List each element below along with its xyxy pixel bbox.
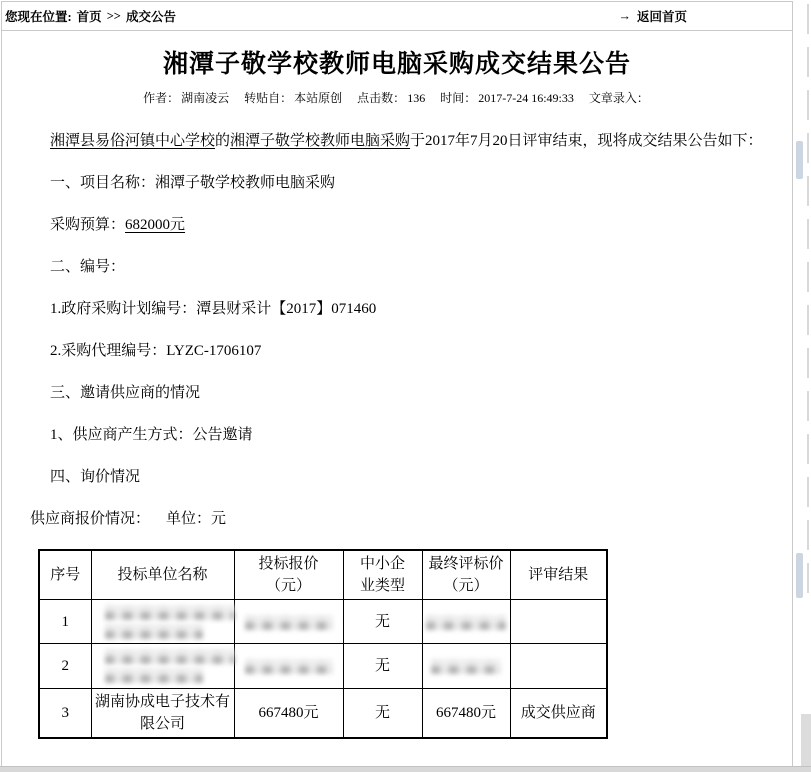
cell-sme-type: 无: [343, 644, 422, 689]
redacted-blur: [245, 659, 333, 674]
source-value: 本站原创: [294, 91, 342, 105]
cell-seq: 3: [39, 689, 91, 739]
section-numbers-heading: 二、编号：: [12, 252, 778, 282]
cell-bidder-name-redacted: [91, 600, 234, 644]
return-home-link[interactable]: → 返回首页: [618, 7, 687, 25]
author-label: 作者：: [143, 91, 179, 105]
table-row: 2 无: [39, 644, 607, 689]
scrollbar-corner: [801, 714, 811, 766]
cell-seq: 2: [39, 644, 91, 689]
intro-rest: 于2017年7月20日评审结束，现将成交结果公告如下：: [410, 133, 763, 149]
table-row: 3 湖南协成电子技术有限公司 667480元 无 667480元 成交供应商: [39, 689, 607, 739]
cell-sme-type: 无: [343, 689, 422, 739]
col-header-bidder-name: 投标单位名称: [91, 550, 234, 600]
intro-mid: 的: [215, 133, 230, 149]
cell-bid-price-redacted: [234, 644, 343, 689]
scrollbar-thumb[interactable]: [796, 141, 803, 179]
section-budget: 采购预算：682000元: [12, 210, 778, 240]
article-body: 湘潭县易俗河镇中心学校的湘潭子敬学校教师电脑采购于2017年7月20日评审结束，…: [2, 126, 792, 739]
redacted-blur: [95, 605, 231, 639]
quote-caption: 供应商报价情况：单位：元: [12, 504, 778, 534]
arrow-right-icon: →: [618, 9, 631, 24]
budget-label: 采购预算：: [50, 217, 125, 233]
col-header-sme-type: 中小企 业类型: [343, 550, 422, 600]
source-label: 转贴自：: [244, 91, 292, 105]
breadcrumb: 您现在位置: 首页 >> 成交公告: [5, 7, 618, 25]
return-home-label: 返回首页: [637, 7, 687, 25]
cell-review-result: [510, 600, 607, 644]
buyer-name: 湘潭县易俗河镇中心学校: [50, 133, 215, 149]
cell-final-price-redacted: [422, 600, 510, 644]
article-meta: 作者：湖南凌云 转贴自：本站原创 点击数：136 时间：2017-7-24 16…: [2, 89, 792, 106]
col-header-review-result: 评审结果: [510, 550, 607, 600]
breadcrumb-separator: >>: [107, 9, 121, 24]
redacted-blur: [95, 649, 231, 683]
bid-price-table: 序号 投标单位名称 投标报价 （元） 中小企 业类型 最终评标价 （元） 评审结…: [38, 549, 608, 739]
col-header-bid-price: 投标报价 （元）: [234, 550, 343, 600]
bottom-border: [0, 766, 811, 772]
clicks-value: 136: [407, 91, 425, 105]
editor-label: 文章录入：: [589, 91, 649, 105]
time-value: 2017-7-24 16:49:33: [478, 91, 574, 105]
breadcrumb-home-link[interactable]: 首页: [77, 7, 102, 25]
section-plan-number: 1.政府采购计划编号：潭县财采计【2017】071460: [12, 294, 778, 324]
cell-final-price: 667480元: [422, 689, 510, 739]
section-agency-number: 2.采购代理编号：LYZC-1706107: [12, 336, 778, 366]
scrollbar-thumb[interactable]: [796, 553, 803, 598]
project-name-underlined: 湘潭子敬学校教师电脑采购: [230, 133, 410, 149]
intro-paragraph: 湘潭县易俗河镇中心学校的湘潭子敬学校教师电脑采购于2017年7月20日评审结束，…: [12, 126, 778, 156]
page-title: 湘潭子敬学校教师电脑采购成交结果公告: [10, 44, 784, 80]
cell-sme-type: 无: [343, 600, 422, 644]
time-label: 时间：: [440, 91, 476, 105]
breadcrumb-current-link[interactable]: 成交公告: [126, 7, 176, 25]
breadcrumb-prefix: 您现在位置:: [5, 7, 72, 25]
right-gutter-dashes: [807, 4, 809, 594]
content-frame: 您现在位置: 首页 >> 成交公告 → 返回首页 湘潭子敬学校教师电脑采购成交结…: [1, 1, 793, 766]
cell-bid-price-redacted: [234, 600, 343, 644]
quote-label: 供应商报价情况：: [30, 511, 150, 527]
redacted-blur: [431, 659, 501, 674]
col-header-final-price: 最终评标价 （元）: [422, 550, 510, 600]
redacted-blur: [426, 615, 506, 630]
section-inquiry-heading: 四、询价情况: [12, 462, 778, 492]
cell-seq: 1: [39, 600, 91, 644]
cell-review-result: 成交供应商: [510, 689, 607, 739]
author-value: 湖南凌云: [181, 91, 229, 105]
cell-bid-price: 667480元: [234, 689, 343, 739]
table-header-row: 序号 投标单位名称 投标报价 （元） 中小企 业类型 最终评标价 （元） 评审结…: [39, 550, 607, 600]
section-suppliers-heading: 三、邀请供应商的情况: [12, 378, 778, 408]
budget-value: 682000元: [125, 217, 185, 233]
clicks-label: 点击数：: [357, 91, 405, 105]
section-project-name: 一、项目名称：湘潭子敬学校教师电脑采购: [12, 168, 778, 198]
col-header-seq: 序号: [39, 550, 91, 600]
breadcrumb-bar: 您现在位置: 首页 >> 成交公告 → 返回首页: [2, 2, 792, 31]
redacted-blur: [245, 615, 333, 630]
page: 您现在位置: 首页 >> 成交公告 → 返回首页 湘潭子敬学校教师电脑采购成交结…: [0, 0, 811, 772]
cell-bidder-name: 湖南协成电子技术有限公司: [91, 689, 234, 739]
cell-final-price-redacted: [422, 644, 510, 689]
cell-bidder-name-redacted: [91, 644, 234, 689]
cell-review-result: [510, 644, 607, 689]
section-supplier-method: 1、供应商产生方式：公告邀请: [12, 420, 778, 450]
quote-unit: 单位：元: [166, 511, 226, 527]
table-row: 1 无: [39, 600, 607, 644]
